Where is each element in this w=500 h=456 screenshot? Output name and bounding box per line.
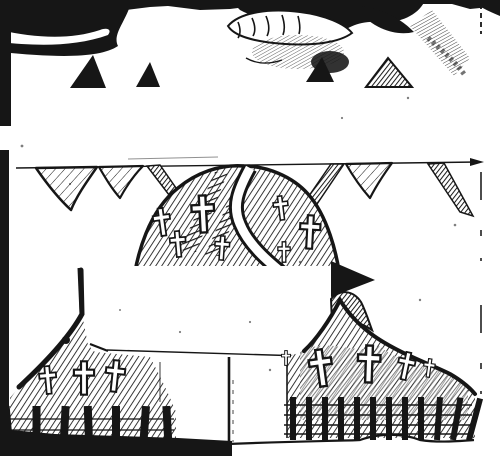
central-blank-box <box>90 266 332 356</box>
upper-blank-band <box>0 89 500 168</box>
fence-post <box>386 397 392 440</box>
fence-post <box>290 397 296 440</box>
fence-post <box>418 397 424 440</box>
fence-post <box>306 397 312 440</box>
fence-post <box>370 397 376 440</box>
drawing-canvas <box>0 0 500 456</box>
fence-post <box>338 397 344 440</box>
fence-post <box>402 397 408 440</box>
fence-post <box>322 397 328 440</box>
fence-post <box>354 397 360 440</box>
scanned-drawing-page <box>0 0 500 456</box>
